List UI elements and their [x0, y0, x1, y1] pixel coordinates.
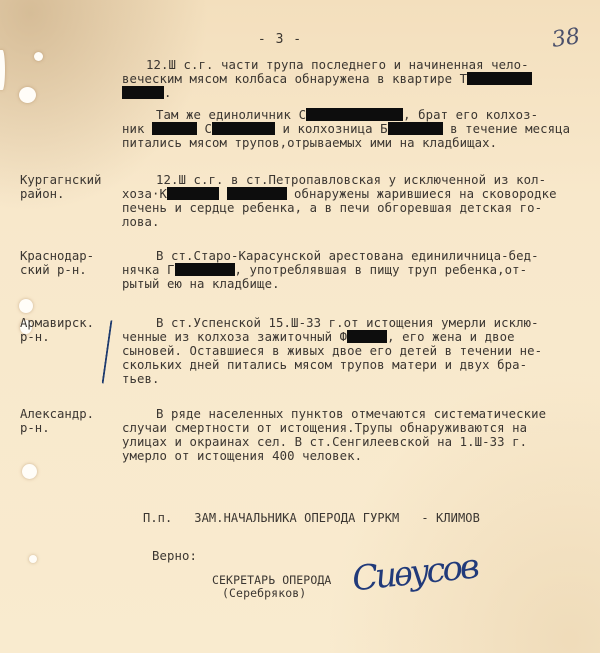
handwritten-signature: Сиѳусов	[350, 547, 478, 600]
paragraph-line: тьев.	[122, 372, 160, 386]
redaction	[152, 122, 197, 135]
secretary-title: СЕКРЕТАРЬ ОПЕРОДА	[212, 573, 331, 587]
paragraph-line: В ст.Старо-Карасунской арестована единил…	[156, 249, 539, 263]
region-label: Кургагнский район.	[20, 173, 101, 201]
paragraph-line: лова.	[122, 215, 160, 229]
redaction	[175, 263, 235, 276]
punch-hole	[22, 464, 37, 479]
certified-label: Верно:	[152, 549, 197, 563]
paragraph-line: случаи смертности от истощения.Трупы обн…	[122, 421, 527, 435]
paragraph-line: 12.Ш с.г. части трупа последнего и начин…	[146, 58, 529, 72]
redaction	[167, 187, 219, 200]
redaction	[212, 122, 275, 135]
document-page: - 3 - 38 12.Ш с.г. части трупа последнег…	[0, 0, 600, 653]
redaction	[347, 330, 387, 343]
paragraph-line: веческим мясом колбаса обнаружена в квар…	[122, 72, 532, 86]
region-label: Армавирск. р-н.	[20, 316, 94, 344]
paragraph-line: ник С и колхозница Б в течение месяца	[122, 122, 570, 136]
redaction	[122, 86, 164, 99]
redaction	[467, 72, 532, 85]
redaction	[227, 187, 287, 200]
signoff-line: П.п. ЗАМ.НАЧАЛЬНИКА ОПЕРОДА ГУРКМ - КЛИМ…	[143, 511, 480, 525]
punch-hole	[0, 50, 5, 90]
page-number: - 3 -	[0, 32, 560, 47]
paragraph-line: В ряде населенных пунктов отмечаются сис…	[156, 407, 546, 421]
pen-mark	[102, 320, 115, 384]
paragraph-line: умерло от истощения 400 человек.	[122, 449, 362, 463]
region-label: Краснодар- ский р-н.	[20, 249, 94, 277]
paragraph-line: печень и сердце ребенка, а в печи обгоре…	[122, 201, 542, 215]
paragraph-line: рытый ею на кладбище.	[122, 277, 280, 291]
secretary-name: (Серебряков)	[222, 586, 306, 600]
paragraph-line: Там же единоличник С, брат его колхоз-	[156, 108, 538, 122]
paragraph-line: хоза·К обнаружены жарившиеся на сковород…	[122, 187, 557, 201]
punch-hole	[19, 87, 36, 103]
punch-hole	[19, 299, 33, 313]
redaction	[388, 122, 443, 135]
paragraph-line: скольких дней питались мясом трупов мате…	[122, 358, 527, 372]
punch-hole	[34, 52, 43, 61]
region-label: Александр. р-н.	[20, 407, 94, 435]
paragraph-line: нячка Г, употреблявшая в пищу труп ребен…	[122, 263, 527, 277]
redaction	[306, 108, 403, 121]
paragraph-line: 12.Ш с.г. в ст.Петропавловская у исключе…	[156, 173, 546, 187]
paragraph-line: .	[122, 86, 172, 100]
paragraph-line: В ст.Успенской 15.Ш-33 г.от истощения ум…	[156, 316, 539, 330]
paragraph-line: ченные из колхоза зажиточный Ф, его жена…	[122, 330, 515, 344]
punch-hole	[29, 555, 37, 563]
paragraph-line: питались мясом трупов,отрываемых ими на …	[122, 136, 497, 150]
paragraph-line: улицах и окраинах сел. В ст.Сенгилеевско…	[122, 435, 527, 449]
handwritten-page-number: 38	[550, 24, 581, 53]
paragraph-line: сыновей. Оставшиеся в живых двое его дет…	[122, 344, 542, 358]
